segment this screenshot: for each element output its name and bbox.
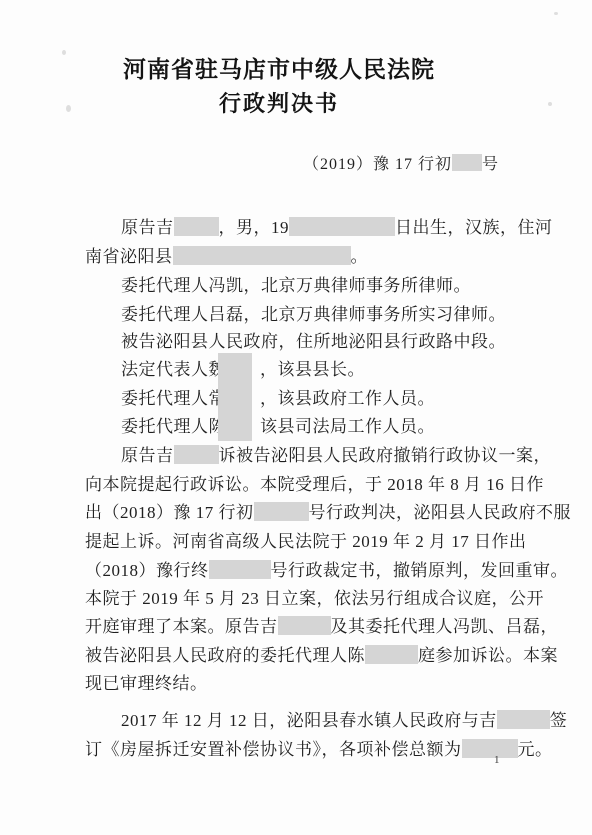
redaction-box bbox=[462, 739, 518, 758]
text-run: 向本院提起行政诉讼。本院受理后，于 2018 年 8 月 16 日作 bbox=[85, 475, 544, 494]
text-run: 法定代表人魏 bbox=[121, 360, 226, 379]
text-run: 该县司法局工作人员。 bbox=[260, 417, 435, 436]
body-line: 向本院提起行政诉讼。本院受理后，于 2018 年 8 月 16 日作 bbox=[85, 474, 544, 496]
scan-artifact bbox=[62, 50, 66, 55]
page-number: 1 bbox=[494, 754, 500, 766]
document-body: 原告吉，男，19日出生，汉族，住河南省泌阳县。委托代理人冯凯，北京万典律师事务所… bbox=[0, 0, 592, 835]
body-line: 2017 年 12 月 12 日，泌阳县春水镇人民政府与吉签 bbox=[85, 710, 567, 732]
redaction-box bbox=[497, 710, 550, 729]
body-line: 委托代理人陈该县司法局工作人员。 bbox=[85, 416, 435, 438]
body-line: 南省泌阳县。 bbox=[85, 246, 368, 268]
text-run: 号行政裁定书，撤销原判，发回重审。 bbox=[271, 561, 569, 580]
text-run: （2018）豫行终 bbox=[85, 561, 209, 580]
text-run: 诉被告泌阳县人民政府撤销行政协议一案， bbox=[219, 446, 552, 465]
text-run: 元。 bbox=[518, 740, 553, 759]
redaction-box bbox=[278, 616, 331, 635]
body-line: 原告吉诉被告泌阳县人民政府撤销行政协议一案， bbox=[85, 445, 551, 467]
text-run: 日出生，汉族，住河 bbox=[395, 218, 553, 237]
body-line: 开庭审理了本案。原告吉及其委托代理人冯凯、吕磊， bbox=[85, 616, 558, 638]
redaction-box bbox=[289, 217, 395, 236]
text-run: 委托代理人常 bbox=[121, 389, 226, 408]
scan-artifact bbox=[554, 12, 558, 15]
redaction-box bbox=[365, 645, 418, 664]
text-run: 提起上诉。河南省高级人民法院于 2019 年 2 月 17 日作出 bbox=[85, 532, 527, 551]
body-line: （2018）豫行终号行政裁定书，撤销原判，发回重审。 bbox=[85, 560, 568, 582]
redaction-box bbox=[174, 445, 219, 464]
text-run: 庭参加诉讼。本案 bbox=[418, 646, 558, 665]
body-line: 委托代理人吕磊，北京万典律师事务所实习律师。 bbox=[85, 304, 506, 326]
text-run: 现已审理终结。 bbox=[85, 674, 208, 693]
text-run: 签 bbox=[550, 711, 568, 730]
text-run: ，该县政府工作人员。 bbox=[260, 389, 435, 408]
text-run: 南省泌阳县 bbox=[85, 247, 173, 266]
text-run: 2017 年 12 月 12 日，泌阳县春水镇人民政府与吉 bbox=[121, 711, 497, 730]
text-run: 订《房屋拆迁安置补偿协议书》，各项补偿总额为 bbox=[85, 740, 462, 759]
text-run: 委托代理人吕磊，北京万典律师事务所实习律师。 bbox=[121, 305, 506, 324]
text-run: 本院于 2019 年 5 月 23 日立案，依法另行组成合议庭，公开 bbox=[85, 589, 544, 608]
scan-artifact bbox=[548, 102, 552, 106]
body-line: 原告吉，男，19日出生，汉族，住河 bbox=[85, 217, 553, 239]
text-run: 原告吉 bbox=[121, 446, 174, 465]
body-line: 本院于 2019 年 5 月 23 日立案，依法另行组成合议庭，公开 bbox=[85, 588, 544, 610]
body-line: 提起上诉。河南省高级人民法院于 2019 年 2 月 17 日作出 bbox=[85, 531, 527, 553]
redaction-box bbox=[209, 560, 271, 579]
body-line: 委托代理人常，该县政府工作人员。 bbox=[85, 388, 435, 410]
body-line: 现已审理终结。 bbox=[85, 673, 208, 695]
redaction-box bbox=[254, 502, 309, 521]
text-run: 委托代理人陈 bbox=[121, 417, 226, 436]
text-run: 被告泌阳县人民政府的委托代理人陈 bbox=[85, 646, 365, 665]
text-run: 委托代理人冯凯，北京万典律师事务所律师。 bbox=[121, 276, 471, 295]
text-run: 原告吉 bbox=[121, 218, 174, 237]
redaction-box bbox=[174, 217, 219, 236]
document-page: 河南省驻马店市中级人民法院 行政判决书 （2019）豫 17 行初号 原告吉，男… bbox=[0, 0, 592, 835]
redaction-box bbox=[173, 246, 351, 265]
text-run: ，该县县长。 bbox=[260, 360, 365, 379]
body-line: 被告泌阳县人民政府，住所地泌阳县行政路中段。 bbox=[85, 331, 506, 353]
text-run: 出（2018）豫 17 行初 bbox=[85, 503, 254, 522]
text-run: 被告泌阳县人民政府，住所地泌阳县行政路中段。 bbox=[121, 332, 506, 351]
body-line: 出（2018）豫 17 行初号行政判决，泌阳县人民政府不服 bbox=[85, 502, 571, 524]
scan-artifact bbox=[66, 105, 71, 112]
text-run: 号行政判决，泌阳县人民政府不服 bbox=[309, 503, 572, 522]
text-run: 开庭审理了本案。原告吉 bbox=[85, 617, 278, 636]
redaction-box bbox=[218, 353, 252, 441]
text-run: 及其委托代理人冯凯、吕磊， bbox=[331, 617, 559, 636]
body-line: 被告泌阳县人民政府的委托代理人陈庭参加诉讼。本案 bbox=[85, 645, 558, 667]
text-run: ，男，19 bbox=[219, 218, 290, 237]
text-run: 。 bbox=[351, 247, 369, 266]
body-line: 委托代理人冯凯，北京万典律师事务所律师。 bbox=[85, 275, 471, 297]
body-line: 订《房屋拆迁安置补偿协议书》，各项补偿总额为元。 bbox=[85, 739, 553, 761]
